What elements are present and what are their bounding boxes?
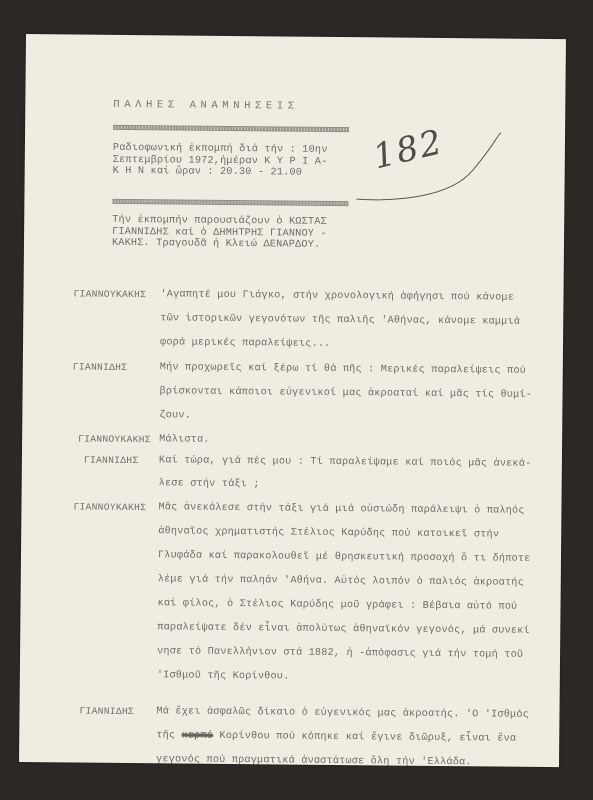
speaker-label: ΓΙΑΝΝΙΔΗΣ (79, 706, 134, 718)
dialogue-line: γεγονός πού πραγματικά ἀναστάτωσε ὅλη τή… (156, 754, 472, 768)
dialogue-line: λεσε στήν τάξι ; (159, 478, 260, 490)
typewritten-page: ΠΑΛΗΕΣ ΑΝΑΜΝΗΣΕΙΣ Ραδιοφωνική ἐκπομπή δι… (19, 34, 566, 767)
speaker-label: ΓΙΑΝΝΟΥΚΑΚΗΣ (78, 434, 151, 446)
broadcast-info: Ραδιοφωνική ἐκπομπή διά τήν : 10ην Σεπτε… (113, 143, 328, 180)
dialogue-text: Κορίνθου πού κόπηκε καί ἔγινε διῶρυξ, εἶ… (219, 731, 516, 745)
dialogue-line: λέμε γιά τήν παληάν 'Αθήνα. Αὐτός λοιπόν… (158, 574, 524, 589)
dialogue-line: Μᾶς ἀνεκάλεσε στήν τάξι γιά μιά οὐσιώδη … (158, 502, 524, 517)
speaker-label: ΓΙΑΝΝΟΥΚΑΚΗΣ (73, 288, 146, 300)
dialogue-line: Καί τώρα, γιά πές μου : Τί παραλείψαμε κ… (159, 455, 532, 470)
dialogue-line-with-strikeout: τῆς καρπέ Κορίνθου πού κόπηκε καί ἔγινε … (156, 730, 516, 744)
speaker-label: ΓΙΑΝΝΙΔΗΣ (73, 361, 128, 373)
speaker-label: ΓΙΑΝΝΙΔΗΣ (84, 455, 139, 467)
dialogue-line: Μάλιστα. (159, 434, 210, 445)
speaker-label: ΓΙΑΝΝΟΥΚΑΚΗΣ (73, 501, 146, 513)
dialogue-line: βρίσκονται κάποιοι εὐγενικοί μας ἀκροατα… (160, 386, 533, 401)
dialogue-line: 'Ισθμοῦ τῆς Κορίνθου. (157, 670, 290, 682)
dialogue-line: Μά ἔχει ἀσφαλῶς δίκαιο ὁ εὐγενικός μας ἀ… (156, 706, 529, 721)
dialogue-line: τῶν ἱστορικῶν γεγονότων τῆς παλιῆς 'Αθήν… (160, 313, 520, 327)
dialogue-line: παραλείψατε δέν εἶναι ἀπολύτως ἀθηναϊκόν… (157, 622, 530, 637)
presenters-info-line: ΚΑΚΗΣ. Τραγουδᾶ ἡ Κλειώ ΔΕΝΑΡΔΟΥ. (112, 238, 327, 252)
dialogue-line: φορά μερικές παραλείψεις... (160, 337, 331, 350)
dialogue-line: ζουν. (159, 410, 191, 421)
dialogue-line: Γλυφάδα καί παρακολουθεῖ μέ θρησκευτική … (158, 550, 531, 565)
presenters-info: Τήν ἐκπομπήν παρουσιάζουν ὁ ΚΩΣΤΑΣ ΓΙΑΝΝ… (112, 215, 327, 252)
struck-out-word: καρπέ (181, 731, 213, 742)
broadcast-info-line: Κ Η Ν καί ὥραν : 20.30 - 21.00 (113, 166, 328, 180)
dialogue-text: τῆς (156, 730, 181, 741)
title-underline-divider (113, 125, 349, 132)
dialogue-line: ἀθηναῖος χρηματιστής Στέλιος Καρύδης πού… (158, 526, 499, 540)
dialogue-line: 'Αγαπητέ μου Γιάγκο, στήν χρονολογική ἀφ… (160, 289, 514, 303)
document-title: ΠΑΛΗΕΣ ΑΝΑΜΝΗΣΕΙΣ (113, 99, 298, 113)
dialogue-line: Μήν προχωρεῖς καί ξέρω τί θά πῆς : Μερικ… (160, 362, 526, 377)
dialogue-line: καί φίλος, ὁ Στέλιος Καρύδης μοῦ γράφει … (157, 598, 517, 612)
dialogue-line: νησε τό Πανελλήνιον στά 1882, ἡ -ἀπόφασι… (157, 646, 523, 661)
section-divider (112, 199, 348, 206)
